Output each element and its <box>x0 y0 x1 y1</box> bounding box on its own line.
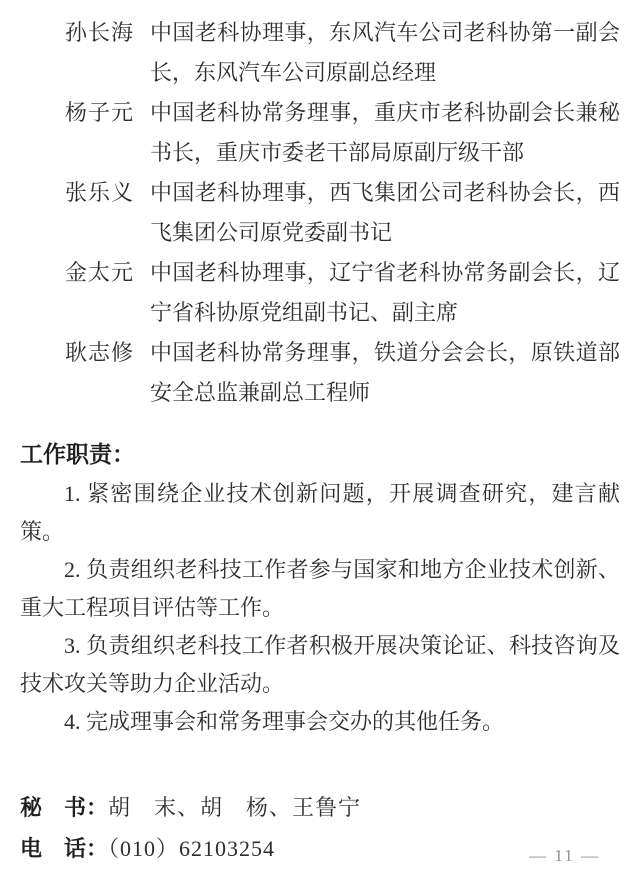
member-row: 杨子元 中国老科协常务理事，重庆市老科协副会长兼秘书长，重庆市委老干部局原副厅级… <box>65 93 620 173</box>
page-number: — 11 — <box>529 846 600 866</box>
phone-number: （010）62103254 <box>108 836 275 861</box>
phone-label: 电 话： <box>20 836 108 861</box>
member-name: 张乐义 <box>65 173 150 253</box>
member-name: 金太元 <box>65 253 150 333</box>
member-description: 中国老科协常务理事，铁道分会会长，原铁道部安全总监兼副总工程师 <box>150 333 620 413</box>
member-row: 金太元 中国老科协理事，辽宁省老科协常务副会长，辽宁省科协原党组副书记、副主席 <box>65 253 620 333</box>
member-description: 中国老科协理事，辽宁省老科协常务副会长，辽宁省科协原党组副书记、副主席 <box>150 253 620 333</box>
member-name: 耿志修 <box>65 333 150 413</box>
duty-item: 4. 完成理事会和常务理事会交办的其他任务。 <box>20 703 620 741</box>
member-row: 孙长海 中国老科协理事，东风汽车公司老科协第一副会长，东风汽车公司原副总经理 <box>65 13 620 93</box>
member-name: 孙长海 <box>65 13 150 93</box>
duty-item: 2. 负责组织老科技工作者参与国家和地方企业技术创新、重大工程项目评估等工作。 <box>20 551 620 627</box>
duty-item: 1. 紧密围绕企业技术创新问题，开展调查研究，建言献策。 <box>20 475 620 551</box>
member-list: 孙长海 中国老科协理事，东风汽车公司老科协第一副会长，东风汽车公司原副总经理 杨… <box>0 0 640 413</box>
secretary-names: 胡 末、胡 杨、王鲁宁 <box>108 795 361 820</box>
secretary-line: 秘 书：胡 末、胡 杨、王鲁宁 <box>20 787 620 828</box>
member-row: 耿志修 中国老科协常务理事，铁道分会会长，原铁道部安全总监兼副总工程师 <box>65 333 620 413</box>
secretary-label: 秘 书： <box>20 795 108 820</box>
duties-heading: 工作职责： <box>20 433 620 475</box>
member-description: 中国老科协常务理事，重庆市老科协副会长兼秘书长，重庆市委老干部局原副厅级干部 <box>150 93 620 173</box>
duty-item: 3. 负责组织老科技工作者积极开展决策论证、科技咨询及技术攻关等助力企业活动。 <box>20 627 620 703</box>
member-description: 中国老科协理事，东风汽车公司老科协第一副会长，东风汽车公司原副总经理 <box>150 13 620 93</box>
member-description: 中国老科协理事，西飞集团公司老科协会长，西飞集团公司原党委副书记 <box>150 173 620 253</box>
member-name: 杨子元 <box>65 93 150 173</box>
member-row: 张乐义 中国老科协理事，西飞集团公司老科协会长，西飞集团公司原党委副书记 <box>65 173 620 253</box>
document-page: 孙长海 中国老科协理事，东风汽车公司老科协第一副会长，东风汽车公司原副总经理 杨… <box>0 0 640 880</box>
duties-section: 工作职责： 1. 紧密围绕企业技术创新问题，开展调查研究，建言献策。 2. 负责… <box>0 433 640 741</box>
